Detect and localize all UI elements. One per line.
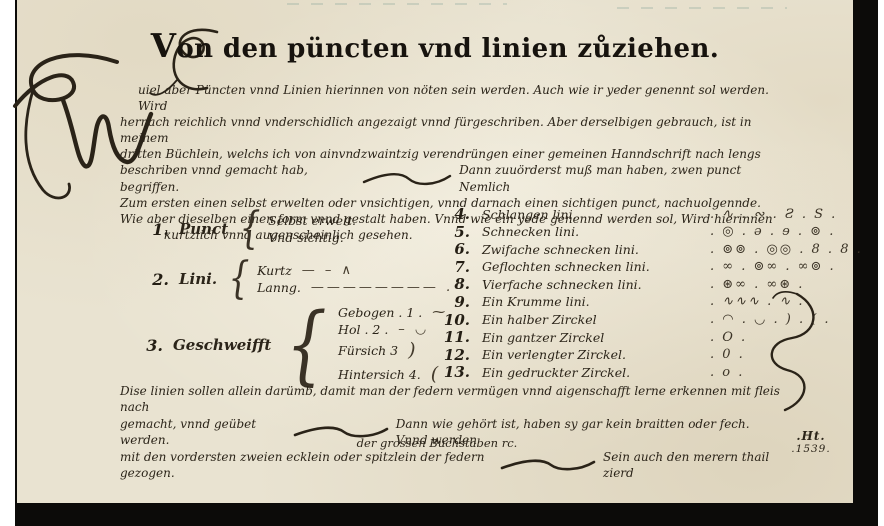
line-sample: ) <box>408 339 418 361</box>
list-row: 5. Schnecken lini. . ◎ . ə . ɘ . ⊚ . <box>442 223 850 241</box>
intro-line: Dann zuuörderst muß man haben, zwen punc… <box>459 162 775 194</box>
intro-line: beschriben vnnd gemacht hab, begriffen. <box>120 162 355 194</box>
sub-item-label: Hintersich 4. <box>338 367 421 382</box>
item-number: 1. <box>135 220 179 239</box>
artist-monogram: .Ht. <box>779 429 843 443</box>
sub-item-label: Fürsich 3 <box>338 343 398 358</box>
item-number: 7. <box>442 258 482 276</box>
pen-flourish-icon <box>361 170 453 188</box>
line-sample-glyphs: . ∞ . ⊚∞ . ∞⊚ . <box>710 259 850 274</box>
intro-line: uiel aber Püncten vnnd Linien hierinnen … <box>120 82 775 114</box>
line-type-label: Ein verlengter Zirckel. <box>482 347 710 362</box>
line-type-label: Ein gedruckter Zirckel. <box>482 365 710 380</box>
line-sample-glyphs: . ◎ . ə . ɘ . ⊚ . <box>710 224 850 239</box>
item-number: 8. <box>442 275 482 293</box>
item-number: 10. <box>442 311 482 329</box>
list-group-geschweifft: 3. Geschweifft { Gebogen . 1 .⁓ Hol . 2 … <box>129 302 448 388</box>
closing-centered-line: der grossen Buchstaben rc. <box>297 436 577 450</box>
show-through-mark <box>287 3 507 5</box>
closing-line: gemacht, vnnd geübet werden. <box>120 416 286 449</box>
term-label: Punct <box>179 220 236 238</box>
closing-line: mit den vordersten zweien ecklein oder s… <box>120 449 493 482</box>
pen-flourish-icon <box>499 457 597 473</box>
sub-item-label: Vnd sichtig. <box>268 230 344 245</box>
list-row: 7. Geflochten schnecken lini. . ∞ . ⊚∞ .… <box>442 258 850 276</box>
line-type-label: Ein Krumme lini. <box>482 294 710 309</box>
line-type-label: Geflochten schnecken lini. <box>482 259 710 274</box>
sub-item-label: Gebogen . 1 . <box>338 305 422 320</box>
colophon: .Ht. .1539. <box>779 429 843 455</box>
brace-icon: { <box>229 257 250 301</box>
list-row: 6. Zwifache schnecken lini. . ⊚⊚ . ◎◎ . … <box>442 240 850 258</box>
line-sample: – ◡ <box>398 322 429 337</box>
intro-line: hernach reichlich vnnd vnderschidlich an… <box>120 114 775 146</box>
date-year: .1539. <box>779 443 843 455</box>
line-sample-glyphs: . ⊚⊚ . ◎◎ . 8 . 8 . <box>710 242 863 257</box>
item-number: 12. <box>442 346 482 364</box>
sub-item-label: Selbst erwelt. <box>268 213 356 228</box>
brace-icon: { <box>286 302 327 388</box>
line-sample: ———————— . <box>311 280 453 295</box>
item-number: 6. <box>442 240 482 258</box>
scanned-page-photo: Von den püncten vnd linien zůziehen. uie… <box>0 0 884 526</box>
line-type-label: Schnecken lini. <box>482 224 710 239</box>
list-group-lini: 2. Lini. { Kurtz— – ∧ Lanng.———————— . <box>135 258 453 300</box>
item-number: 4. <box>442 205 482 223</box>
line-sample-glyphs: . ∿ . ∾ . Ƨ . S . <box>710 207 850 222</box>
item-number: 3. <box>129 336 173 355</box>
sub-item-label: Kurtz <box>257 263 292 278</box>
line-sample: — – ∧ <box>302 263 354 278</box>
show-through-mark <box>617 7 787 9</box>
list-group-punct: 1. Punct { Selbst erwelt. Vnd sichtig. <box>135 208 366 250</box>
list-row: 4. Schlangen lini. . ∿ . ∾ . Ƨ . S . <box>442 205 850 223</box>
intro-line: dritten Büchlein, welchs ich von ainvndz… <box>120 146 775 162</box>
line-type-label: Vierfache schnecken lini. <box>482 277 710 292</box>
line-type-label: Ein gantzer Zirckel <box>482 330 710 345</box>
item-number: 2. <box>135 270 179 289</box>
sub-item-label: Hol . 2 . <box>338 322 388 337</box>
brace-icon: { <box>240 207 261 251</box>
line-type-label: Zwifache schnecken lini. <box>482 242 710 257</box>
manuscript-paper: Von den püncten vnd linien zůziehen. uie… <box>17 0 853 503</box>
term-label: Geschweifft <box>173 336 279 354</box>
line-type-label: Schlangen lini. <box>482 207 710 222</box>
sub-item-label: Lanng. <box>257 280 301 295</box>
item-number: 13. <box>442 363 482 381</box>
line-sample: ( <box>431 363 441 385</box>
term-label: Lini. <box>179 270 225 288</box>
item-number: 11. <box>442 328 482 346</box>
closing-paragraph: Dise linien sollen allein darümb, damit … <box>120 383 780 481</box>
item-number: 5. <box>442 223 482 241</box>
line-type-label: Ein halber Zirckel <box>482 312 710 327</box>
item-number: 9. <box>442 293 482 311</box>
closing-line: Sein auch den merern thail zierd <box>603 449 780 482</box>
closing-line: Dise linien sollen allein darümb, damit … <box>120 383 780 416</box>
